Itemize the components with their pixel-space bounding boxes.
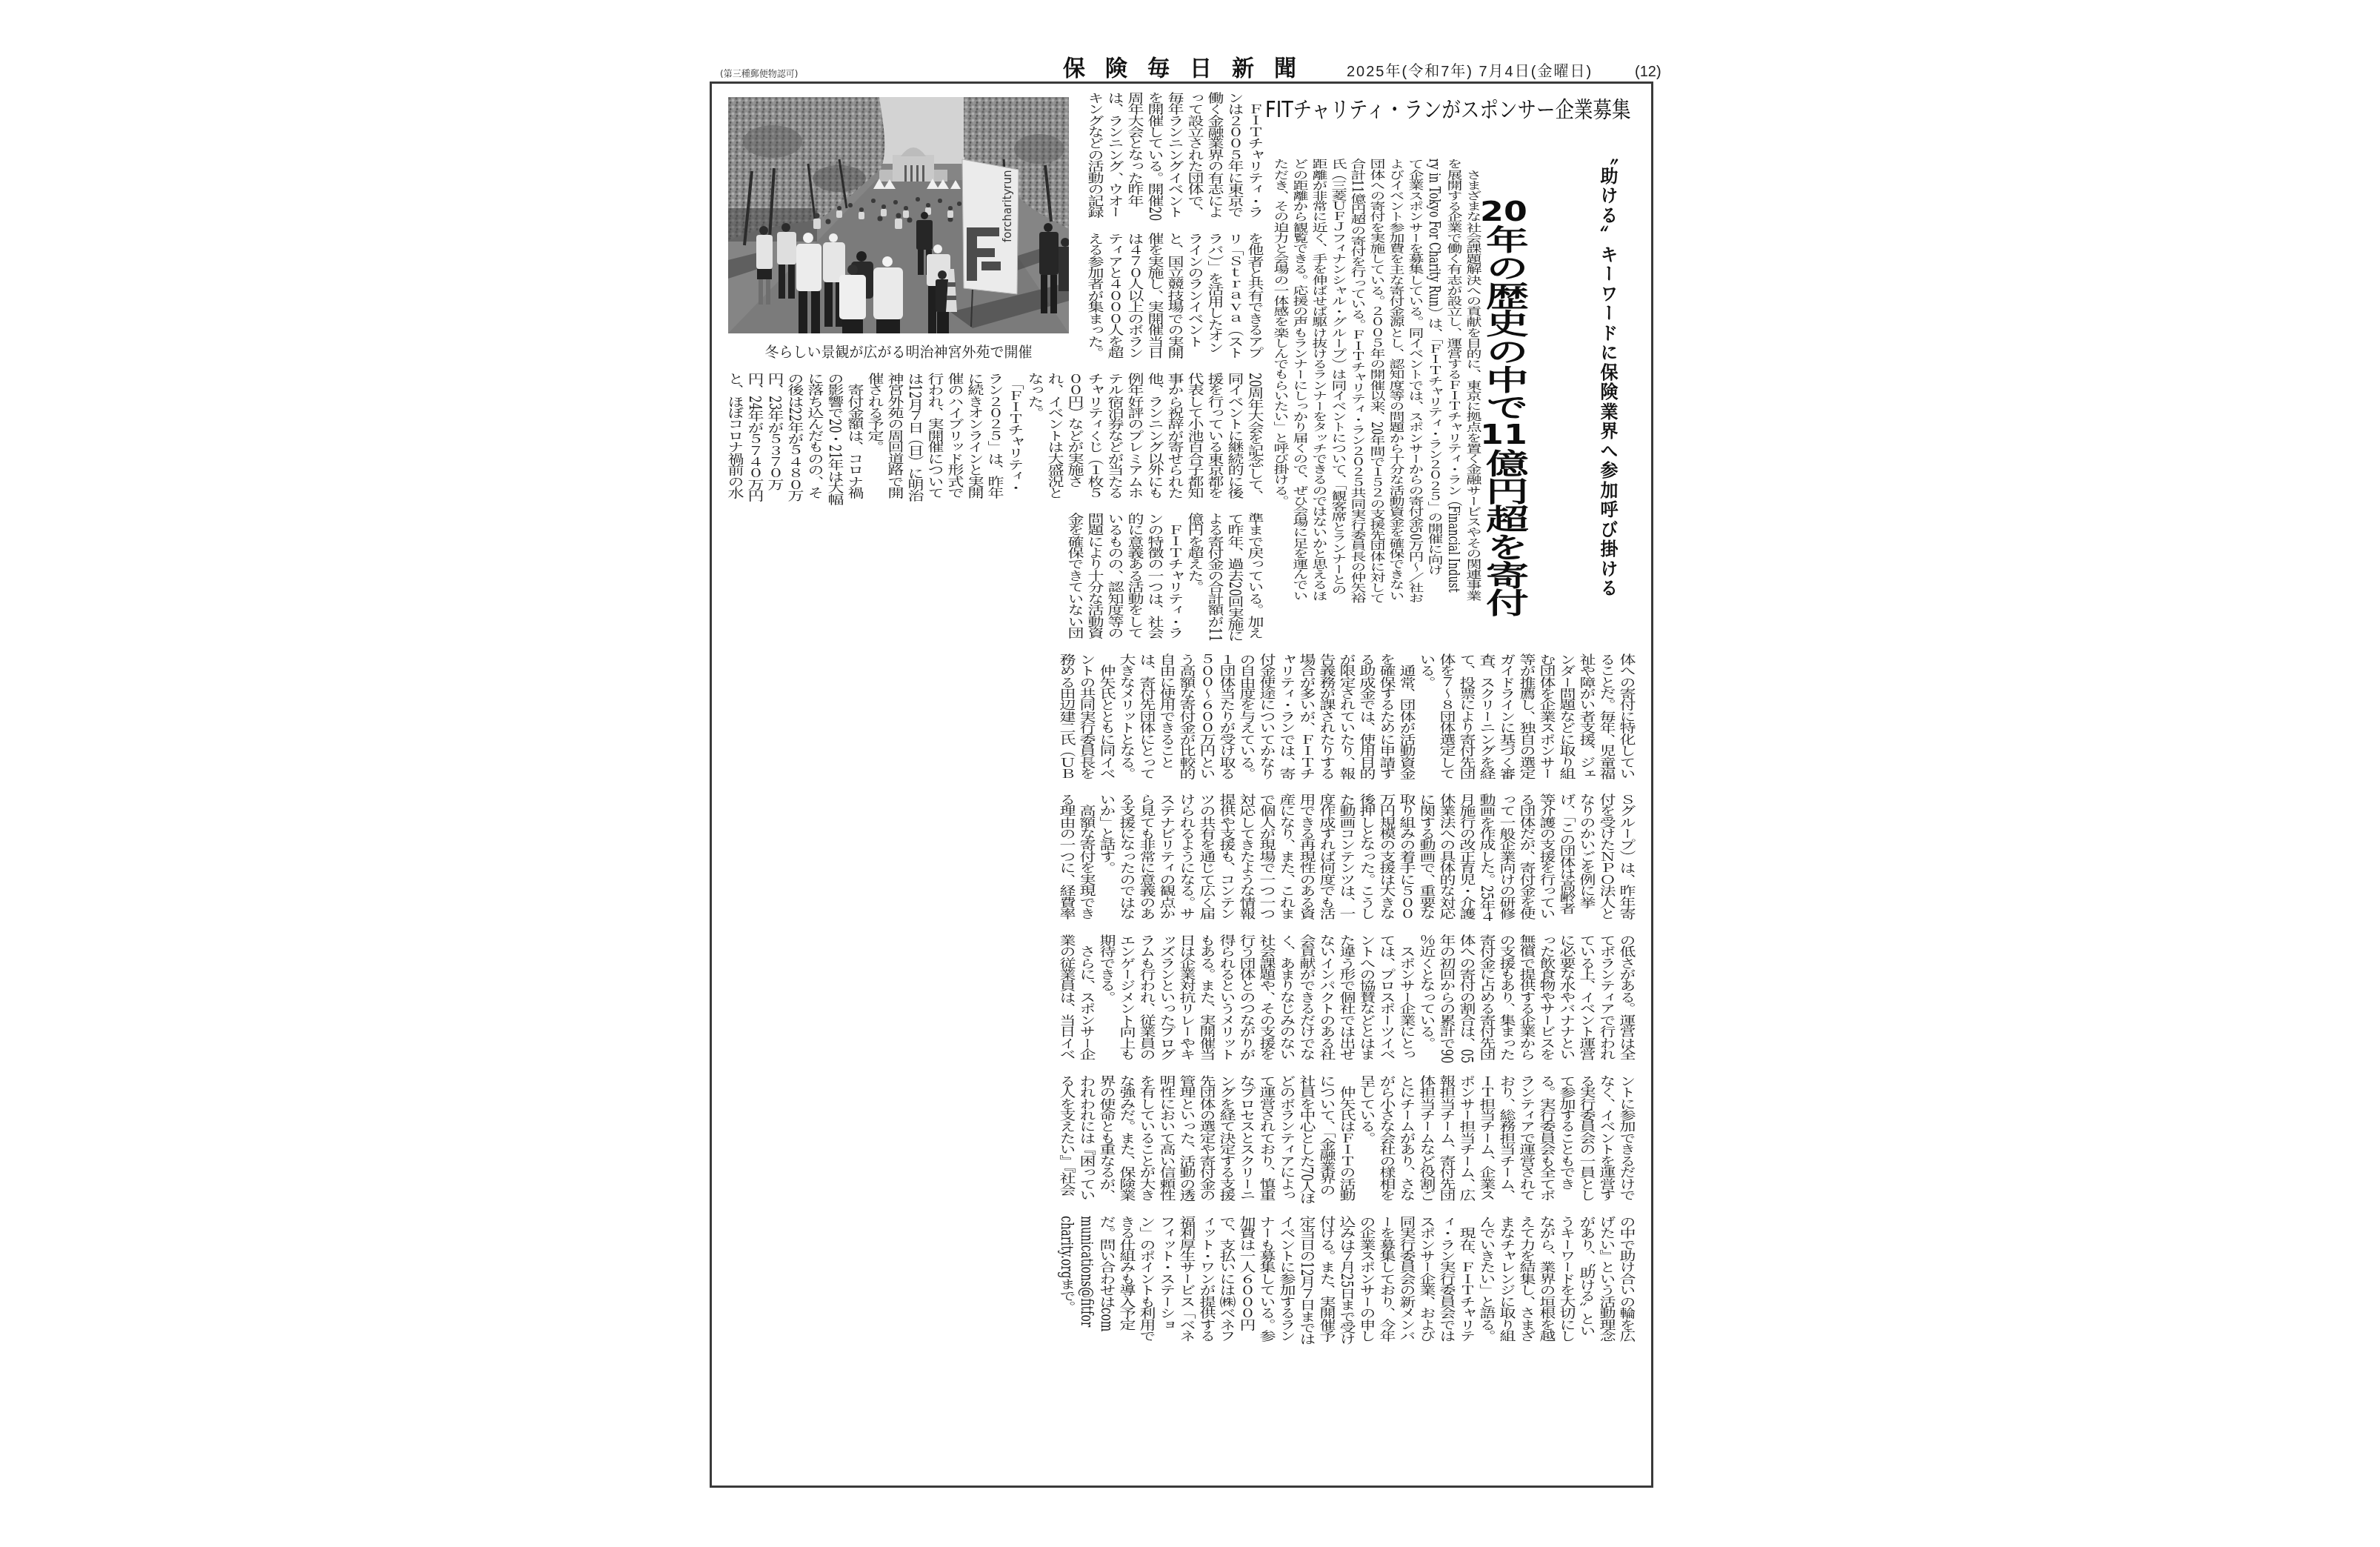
headline-number-20: 20 — [1479, 197, 1529, 225]
body-tier-7: の低さがある。運営は全 てボランティアで行われ ている上、イベント運営 に必要な… — [1056, 934, 1636, 1060]
headline-number-11: 11 — [1479, 421, 1529, 449]
body-tier-5: 体への寄付に特化してい ることだ。毎年、児童福 祉や障がい者支援、ジェ ンダー問… — [1056, 653, 1636, 779]
postal-registration-note: (第三種郵便物認可) — [720, 69, 798, 79]
banner-text: forcharityrun — [1001, 170, 1014, 242]
article-subheadline: FITチャリティ・ランがスポンサー企業募集 — [1266, 98, 1631, 123]
newspaper-masthead: 保険毎日新聞 — [1063, 58, 1316, 80]
article-lead: さまざまな社会課題解決への貢献を目的に、東京に拠点を置く金融サービスやその関連事… — [1271, 159, 1483, 600]
headline-text-segment: 年の歴史の中で — [1479, 225, 1529, 421]
photo-caption: 冬らしい景観が広がる明治神宮外苑で開催 — [728, 345, 1069, 361]
body-tier-4: 準まで戻っている。加え て昨年、過去20回実施に よる寄付金の合計額が11 億円… — [1064, 513, 1264, 639]
article-headline: 20年の歴史の中で11億円超を寄付 — [1481, 178, 1573, 597]
headline-text-segment: 億円超を寄付 — [1479, 449, 1529, 616]
page-number: (12) — [1635, 64, 1661, 80]
article-kicker: 〝助ける〟キーワードに保険業界へ参加呼び掛ける — [1597, 147, 1618, 599]
body-tier-8: ントに参加できるだけで なく、イベントを運営す る実行委員会の一員とし て参加す… — [1056, 1075, 1636, 1201]
body-tier-1: ＦＩＴチャリティ・ラ ンは２００５年に東京で 働く金融業界の有志によ って設立さ… — [1084, 92, 1264, 218]
article-photo: forcharityrun — [728, 97, 1069, 333]
body-tier-6: Ｓグループ）は、昨年寄 付を受けたＮＰＯ法人と なりのかいごを例に挙 げ、「この… — [1056, 794, 1636, 919]
body-tier-9: の中で助け合いの輪を広 げたい』という活動理念 があり、〝助ける〟とい うキーワ… — [1056, 1216, 1636, 1342]
body-tier-2: を他者と共有できるアプ リ「Ｓｔｒａｖａ（スト ラバ）」を活用したオン ラインの… — [1084, 233, 1264, 359]
runner — [873, 256, 903, 333]
body-tier-3: 20周年大会を記念して、 同イベントに継続的に後 援を行っている東京都を 代表し… — [724, 373, 1264, 499]
runners-photo-image: forcharityrun — [728, 97, 1069, 333]
issue-date: 2025年(令和7年) 7月4日(金曜日) — [1347, 64, 1593, 80]
